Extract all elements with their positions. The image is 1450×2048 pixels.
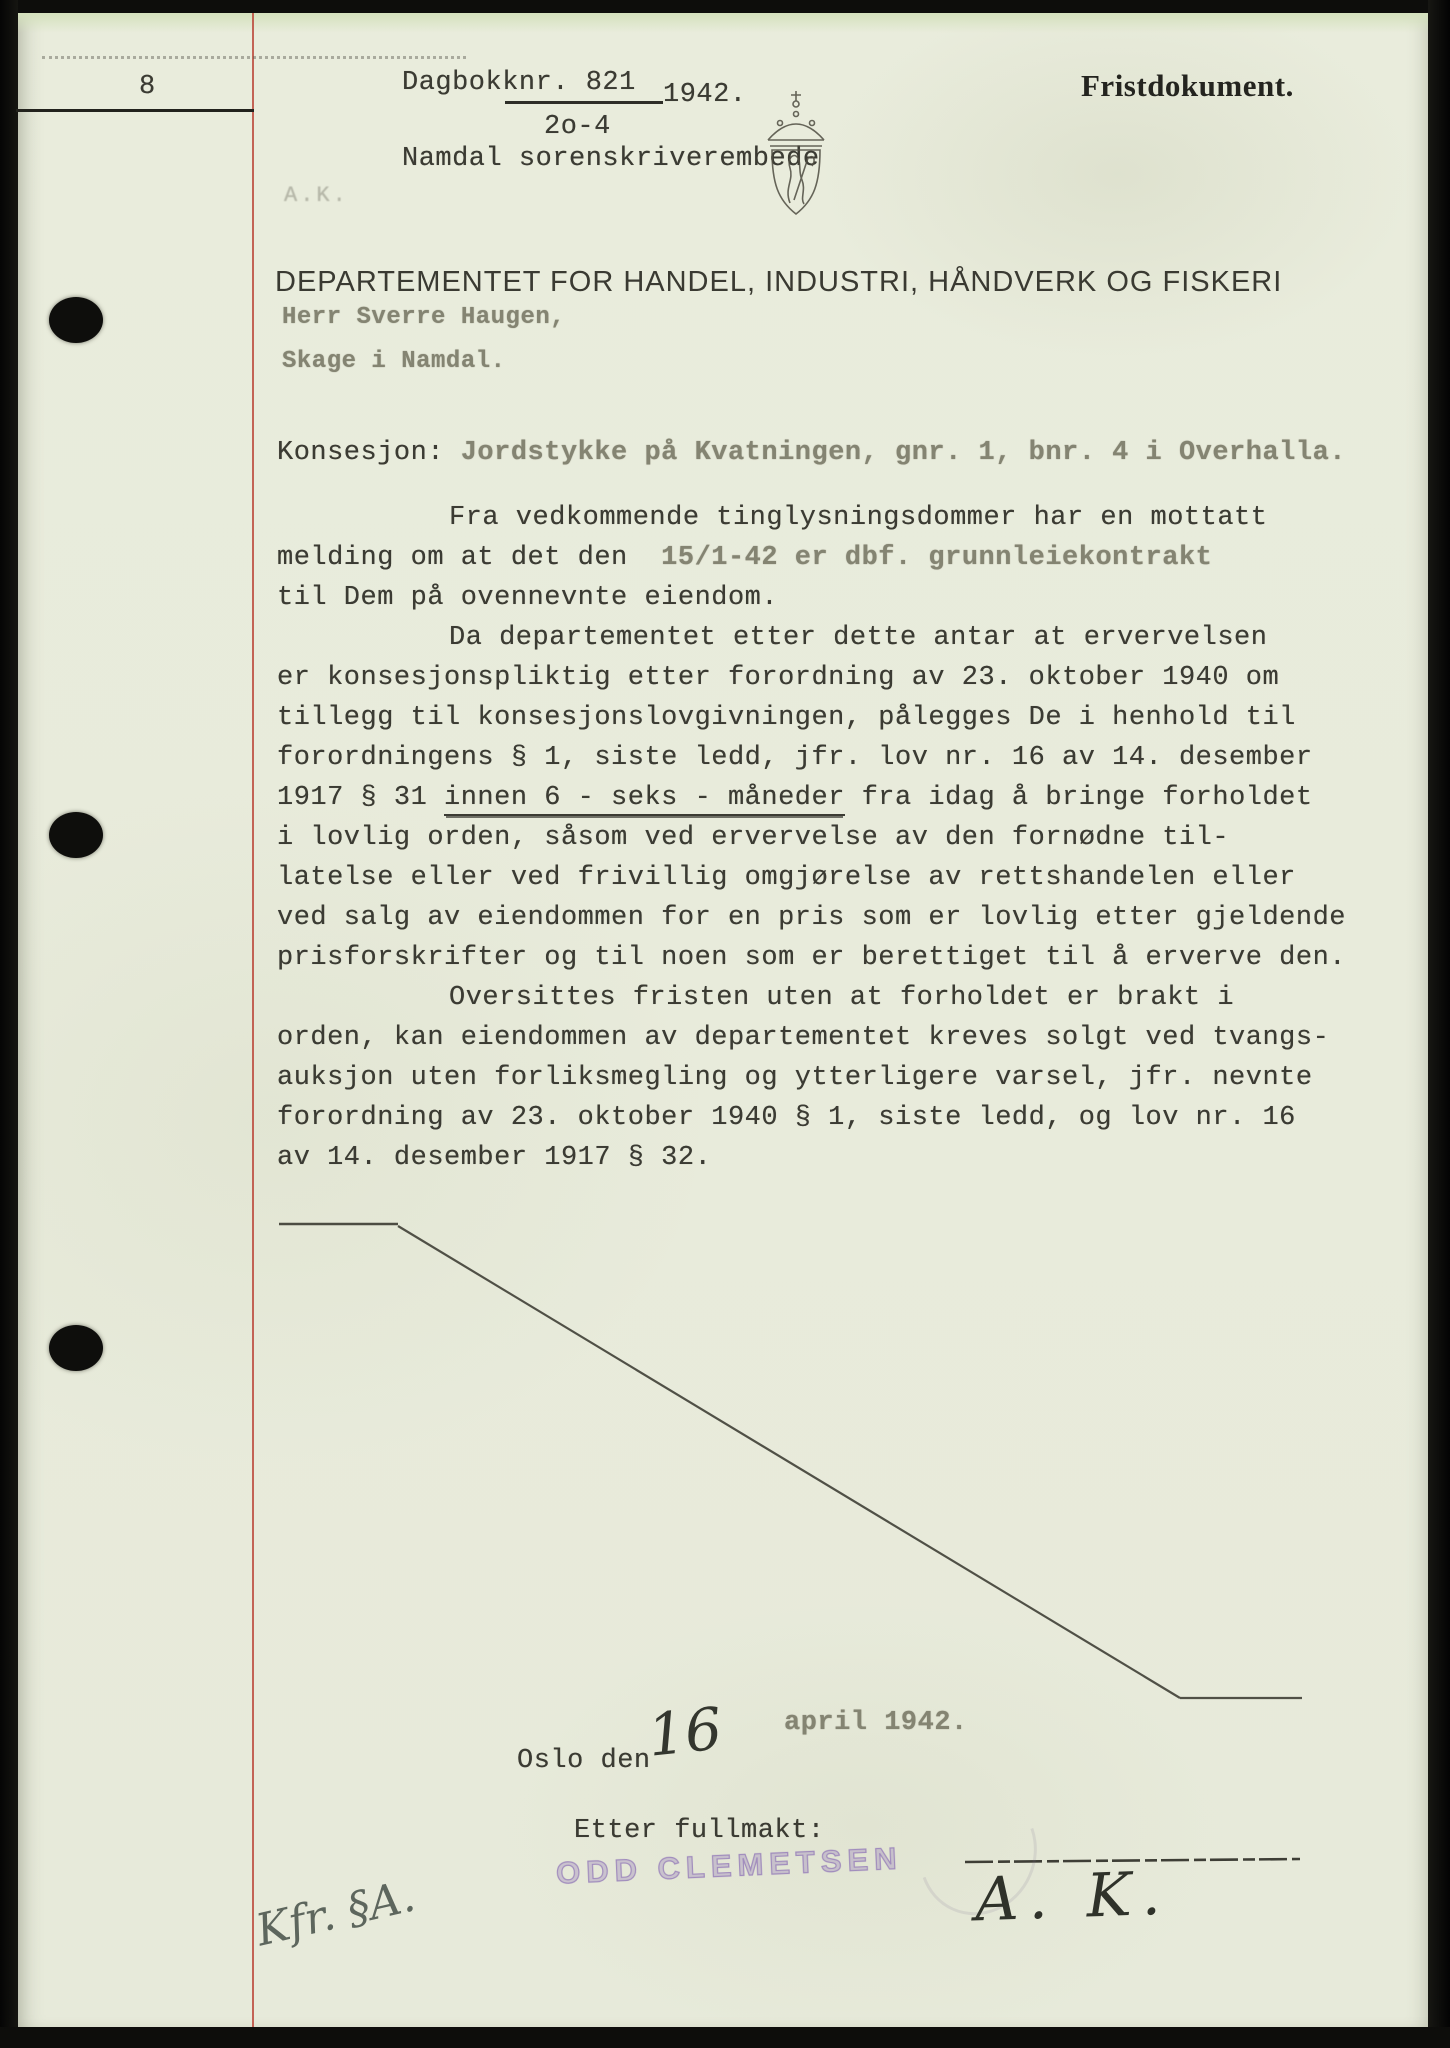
recipient-address: Skage i Namdal. [282, 340, 506, 384]
body-line: i lovlig orden, såsom ved ervervelse av … [277, 818, 1387, 858]
body-line: forordningens § 1, siste ledd, jfr. lov … [277, 738, 1387, 778]
binding-edge-left [0, 0, 18, 2048]
body-line: prisforskrifter og til noen som er beret… [277, 938, 1387, 978]
page-number-rule [16, 109, 254, 112]
body-line: auksjon uten forliksmegling og ytterlige… [277, 1058, 1387, 1098]
body-line: av 14. desember 1917 § 32. [277, 1138, 1387, 1178]
subject-label: Konsesjon: [277, 438, 461, 468]
dagbok-underline [505, 101, 663, 104]
subject-value: Jordstykke på Kvatningen, gnr. 1, bnr. 4… [461, 438, 1346, 468]
paper-top-edge-tint [18, 13, 1428, 33]
date-month-year: april 1942. [784, 1708, 968, 1738]
dagbok-date-code: 2o-4 [544, 112, 611, 142]
body-line: ved salg av eiendommen for en pris som e… [277, 898, 1387, 938]
perforation-dots [42, 56, 466, 59]
body-line: latelse eller ved frivillig omgjørelse a… [277, 858, 1387, 898]
body-line: Da departementet etter dette antar at er… [277, 618, 1387, 658]
body-line: Oversittes fristen uten at forholdet er … [277, 978, 1387, 1018]
dagbok-number: Dagbokknr. 821 [402, 68, 636, 98]
date-day-handwritten: 16 [645, 1694, 726, 1769]
punch-hole-icon [49, 1325, 103, 1371]
scan-edge-top [0, 0, 1450, 13]
dagbok-year: 1942. [663, 80, 747, 110]
body-line: Fra vedkommende tinglysningsdommer har e… [277, 498, 1387, 538]
scan-edge-bottom [0, 2027, 1450, 2048]
department-header: DEPARTEMENTET FOR HANDEL, INDUSTRI, HÅND… [275, 266, 1282, 299]
page-number: 8 [139, 72, 156, 102]
signature-initials: A. K. [974, 1859, 1172, 1936]
fullmakt-label: Etter fullmakt: [574, 1816, 825, 1846]
faint-initials: A.K. [284, 183, 349, 208]
subject-line: Konsesjon: Jordstykke på Kvatningen, gnr… [277, 438, 1346, 468]
punch-hole-icon [49, 297, 103, 343]
body-line: forordning av 23. oktober 1940 § 1, sist… [277, 1098, 1387, 1138]
punch-hole-icon [49, 812, 103, 858]
body-line: er konsesjonspliktig etter forordning av… [277, 658, 1387, 698]
recipient-name: Herr Sverre Haugen, [282, 296, 565, 340]
frist-label: Fristdokument. [1081, 68, 1294, 104]
body-line: orden, kan eiendommen av departementet k… [277, 1018, 1387, 1058]
red-margin-line [252, 13, 254, 2027]
office-name: Namdal sorenskriverembede [402, 144, 820, 174]
date-place: Oslo den [517, 1746, 651, 1776]
scan-edge-right [1428, 0, 1450, 2048]
body-line: til Dem på ovennevnte eiendom. [277, 578, 1387, 618]
body-line: melding om at det den 15/1-42 er dbf. gr… [277, 538, 1387, 578]
scanned-register-page: 8 Dagbokknr. 821 1942. 2o-4 Namdal soren… [0, 0, 1450, 2048]
body-line: tillegg til konsesjonslovgivningen, påle… [277, 698, 1387, 738]
body-line: 1917 § 31 innen 6 - seks - måneder fra i… [277, 778, 1387, 818]
body-paragraphs: Fra vedkommende tinglysningsdommer har e… [277, 498, 1387, 1178]
